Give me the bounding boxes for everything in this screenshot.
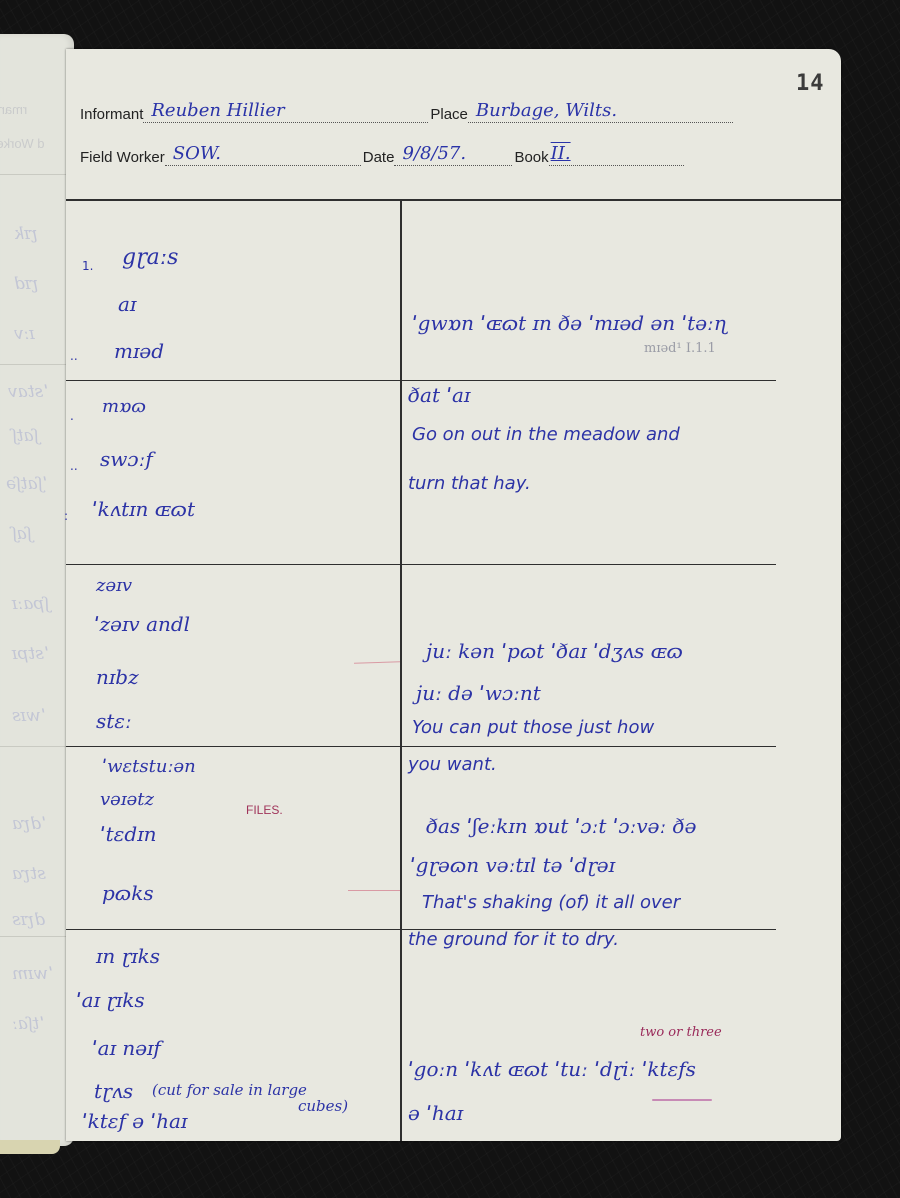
ghost-header-informant: rmant bbox=[0, 102, 27, 117]
informant-value: Reuben Hillier bbox=[151, 100, 284, 121]
previous-page-edge: rmant d Worker ɽɪk ɽɪd ɪːv ˈstav ʃatʃ ˈʃ… bbox=[0, 34, 74, 1146]
english-gloss: turn that hay. bbox=[408, 473, 531, 494]
ghost-entry: ˈstav bbox=[8, 382, 48, 402]
field-worker-value: SOW. bbox=[173, 143, 221, 164]
phonetic-sentence: ˈgwɒn ˈɶɷt ɪn ðə ˈmɪəd ən ˈtəːɳ bbox=[412, 311, 728, 335]
ghost-rule bbox=[0, 746, 74, 747]
row-divider bbox=[66, 746, 776, 747]
header-row-worker-date-book: Field Worker SOW. Date 9/8/57. Book II. bbox=[80, 142, 686, 166]
phonetic-sentence: ˈgoːn ˈkʌt ɶɷt ˈtuː ˈdɽiː ˈktɛfs bbox=[408, 1057, 696, 1081]
phonetic-sentence: juː kən ˈpɷt ˈðaɪ ˈdʒʌs ɶɷ bbox=[426, 639, 683, 663]
ghost-entry: ˈstpɪ bbox=[12, 644, 49, 664]
book-value: II. bbox=[551, 143, 571, 164]
entry-marker: .. bbox=[70, 349, 78, 363]
phonetic-entry: gɽaːs bbox=[122, 245, 178, 270]
field-notebook-page: 14 Informant Reuben Hillier Place Burbag… bbox=[66, 49, 841, 1141]
phonetic-entry: tɽʌs bbox=[94, 1079, 133, 1103]
phonetic-entry: vəɪətz bbox=[100, 789, 154, 810]
phonetic-entry: nɪbz bbox=[96, 665, 139, 689]
phonetic-sentence: juː də ˈwɔːnt bbox=[416, 681, 541, 705]
phonetic-entry: mɒɷ bbox=[102, 396, 146, 417]
ghost-entry: ʃaʃ bbox=[12, 524, 31, 544]
ghost-entry: ˈʃatʃə bbox=[6, 474, 47, 494]
informant-field: Reuben Hillier bbox=[143, 102, 428, 123]
phonetic-entry: mɪəd bbox=[114, 339, 164, 363]
phonetic-entry: ɪn ɽɪks bbox=[96, 944, 160, 968]
page-number: 14 bbox=[796, 71, 825, 96]
phonetic-entry: swɔːf bbox=[100, 447, 153, 471]
phonetic-entry: ˈaɪ nəɪf bbox=[92, 1036, 161, 1060]
english-gloss: the ground for it to dry. bbox=[408, 929, 619, 950]
pencil-reference: mɪəd¹ I.1.1 bbox=[644, 341, 716, 356]
phonetic-entry: pɷks bbox=[102, 881, 154, 905]
date-field: 9/8/57. bbox=[394, 145, 512, 166]
phonetic-entry: zəɪv bbox=[96, 575, 132, 596]
entry-marker: . bbox=[70, 409, 74, 423]
ghost-entry: ˈtʃaː bbox=[12, 1014, 44, 1034]
date-label: Date bbox=[363, 149, 395, 166]
header-divider bbox=[66, 199, 841, 201]
ghost-rule bbox=[0, 364, 74, 365]
ghost-entry: dɽɪs bbox=[12, 910, 45, 930]
book-field: II. bbox=[549, 145, 684, 166]
book-label: Book bbox=[514, 149, 548, 166]
place-value: Burbage, Wilts. bbox=[476, 100, 617, 121]
entry-marker: 1. bbox=[82, 259, 93, 273]
ghost-entry: ˈwɪs bbox=[12, 706, 46, 726]
english-gloss: You can put those just how bbox=[412, 717, 654, 738]
ghost-entry: ˈdɽa bbox=[12, 814, 46, 834]
english-gloss: Go on out in the meadow and bbox=[412, 424, 680, 445]
phonetic-entry: stɛː bbox=[96, 709, 132, 733]
ghost-entry: ˈwɪm bbox=[12, 964, 53, 984]
previous-page-bottom-edge bbox=[0, 1140, 60, 1154]
date-value: 9/8/57. bbox=[402, 143, 466, 164]
row-divider bbox=[66, 380, 776, 381]
ghost-entry: ʃatʃ bbox=[12, 426, 38, 446]
english-gloss: you want. bbox=[408, 754, 497, 775]
header-row-informant-place: Informant Reuben Hillier Place Burbage, … bbox=[80, 99, 735, 123]
entry-marker: : bbox=[64, 509, 68, 523]
informant-label: Informant bbox=[80, 106, 143, 123]
phonetic-entry: ˈtɛdɪn bbox=[100, 822, 157, 846]
ghost-entry: ɽɪd bbox=[14, 274, 38, 294]
phonetic-entry: ˈwɛtstuːən bbox=[102, 756, 196, 777]
red-correction: two or three bbox=[640, 1025, 722, 1040]
english-gloss: That's shaking (of) it all over bbox=[422, 892, 680, 913]
phonetic-sentence: ðas ˈʃeːkɪn ɒut ˈɔːt ˈɔːvəː ðə bbox=[426, 814, 696, 838]
ghost-header-fieldworker: d Worker bbox=[0, 136, 45, 151]
field-worker-field: SOW. bbox=[165, 145, 361, 166]
ghost-entry: stɽa bbox=[12, 864, 46, 884]
entry-marker: .. bbox=[70, 459, 78, 473]
phonetic-entry: aɪ bbox=[118, 292, 136, 316]
field-worker-label: Field Worker bbox=[80, 149, 165, 166]
phonetic-entry: ˈzəɪv andl bbox=[94, 612, 190, 636]
phonetic-entry: ˈktɛf ə ˈhaɪ bbox=[82, 1109, 187, 1133]
ghost-entry: ɽɪk bbox=[14, 224, 38, 244]
phonetic-sentence: ə ˈhaɪ bbox=[408, 1101, 463, 1125]
ghost-rule bbox=[0, 936, 74, 937]
handwritten-note: cubes) bbox=[298, 1097, 348, 1115]
phonetic-sentence: ðat ˈaɪ bbox=[408, 383, 470, 407]
ghost-entry: ɪːv bbox=[14, 324, 35, 344]
column-divider bbox=[400, 201, 402, 1141]
ghost-entry: ʃpaːɪ bbox=[12, 594, 49, 614]
red-underline bbox=[652, 1099, 712, 1101]
place-label: Place bbox=[430, 106, 468, 123]
phonetic-entry: ˈaɪ ɽɪks bbox=[76, 988, 145, 1012]
phonetic-sentence: ˈgɽəɷn vəːtɪl tə ˈdɽəɪ bbox=[410, 853, 615, 877]
place-field: Burbage, Wilts. bbox=[468, 102, 733, 123]
handwritten-note: (cut for sale in large bbox=[152, 1081, 307, 1099]
phonetic-entry: ˈkʌtɪn ɶɷt bbox=[92, 497, 195, 521]
red-pointer-line bbox=[348, 890, 400, 891]
red-pointer-line bbox=[354, 661, 400, 664]
row-divider bbox=[66, 564, 776, 565]
ghost-rule bbox=[0, 174, 74, 175]
red-annotation-files: FILES. bbox=[246, 803, 283, 817]
